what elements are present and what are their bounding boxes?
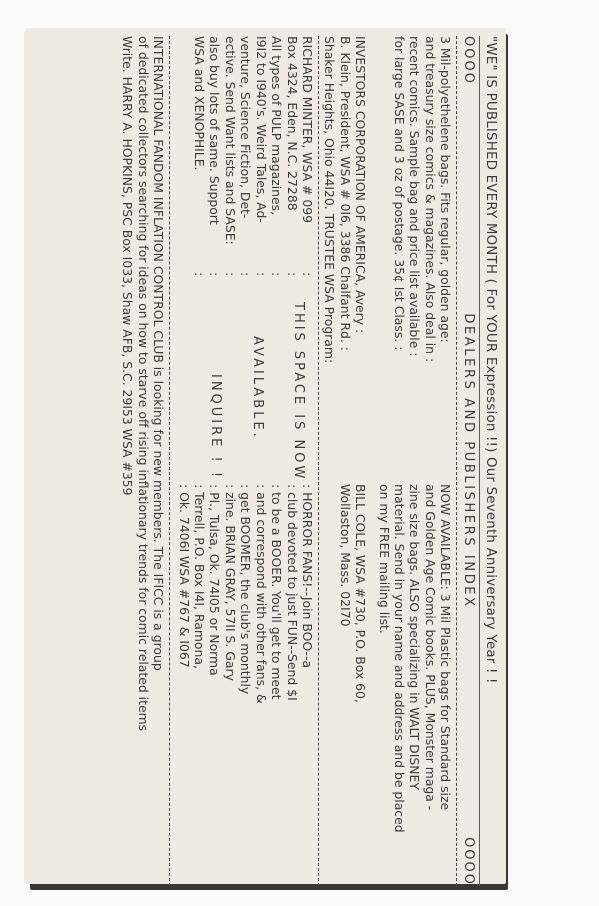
ad-line: Shaker Heights, Ohio 44I20. TRUSTEE WSA …: [322, 36, 337, 484]
ad-line: also buy lots of same. Support: [207, 36, 222, 272]
ad-line: INTERNATIONAL FANDOM INFLATION CONTROL C…: [151, 36, 166, 886]
ad-line: Write. HARRY A. HOPKINS, PSC Box I033, S…: [120, 36, 135, 886]
horror-fans-ad: : HORROR FANS!--Join BOO--a: club devote…: [176, 484, 315, 704]
ad-line: WSA and XENOPHILE.: [192, 36, 207, 272]
classifieds-row: RICHARD MINTER, WSA # 099Box 4324, Eden,…: [176, 36, 315, 886]
ad-line: material. Send in your name and address …: [392, 484, 407, 886]
ad-line: : zine. BRIAN GRAY, 57II S. Gary: [223, 484, 238, 704]
index-title: DEALERS AND PUBLISHERS INDEX: [460, 313, 475, 608]
investors-ad: INVESTORS CORPORATION OF AMERICA, Avery …: [322, 36, 368, 484]
colon-mark: :: [238, 272, 253, 286]
ad-line: Box 4324, Eden, N.C. 27288: [284, 36, 299, 272]
index-header: OOOO DEALERS AND PUBLISHERS INDEX OOOO: [460, 36, 475, 886]
bags-ad-left: 3 Mil-polyethelene bags. Fits regular, g…: [376, 36, 453, 484]
ad-line: zine size bags. ALSO specializing in WAL…: [407, 484, 422, 886]
ad-line: Wollaston, Mass. 02I70: [337, 484, 352, 886]
divider: [318, 36, 319, 886]
ad-line: : Pl., Tulsa, Ok. 74I05 or Norma: [207, 484, 222, 704]
colon-mark: :: [253, 272, 268, 286]
ad-line: : HORROR FANS!--Join BOO--a: [300, 484, 315, 704]
colon-mark: :: [269, 272, 284, 286]
bill-cole-ad: BILL COLE, WSA #730, P.O. Box 60, Wollas…: [322, 484, 368, 886]
ad-line: : get BOOMER, the club's monthly: [238, 484, 253, 704]
index-left-marker: OOOO: [460, 36, 475, 85]
ad-line: : Ok. 7406I WSA #767 & I067: [176, 484, 191, 704]
ad-line: INVESTORS CORPORATION OF AMERICA, Avery …: [353, 36, 368, 484]
space-line-2: AVAILABLE.: [249, 286, 264, 484]
ad-line: : Terrell, P.O. Box I4I, Ramona,: [192, 484, 207, 704]
ad-line: : club devoted to just FUN--Send $I: [284, 484, 299, 704]
ad-line: and Golden Age Comic books. PLUS, Monste…: [422, 484, 437, 886]
ad-line: for large SASE and 3 oz of postage. 35¢ …: [392, 36, 407, 484]
space-available-ad: THIS SPACE IS NOW AVAILABLE. INQUIRE ! !: [176, 286, 315, 484]
bags-ads-row: 3 Mil-polyethelene bags. Fits regular, g…: [376, 36, 453, 886]
colon-mark: :: [192, 272, 207, 286]
colon-mark: :: [284, 272, 299, 286]
ad-line: 3 Mil-polyethelene bags. Fits regular, g…: [438, 36, 453, 484]
ad-line: venture, Science Fiction, Det-: [238, 36, 253, 272]
ad-line: I9I2 to I940's. Weird Tales, Ad-: [253, 36, 268, 272]
ad-line: of dedicated collectors searching for id…: [135, 36, 150, 886]
minter-ad: RICHARD MINTER, WSA # 099Box 4324, Eden,…: [176, 36, 315, 272]
ad-line: RICHARD MINTER, WSA # 099: [300, 36, 315, 272]
ad-line: on my FREE mailing list.: [376, 484, 391, 886]
colon-mark: :: [300, 272, 315, 286]
ad-line: recent comics. Sample bag and price list…: [407, 36, 422, 484]
bags-ad-right: NOW AVAILABLE: 3 Mil Plastic bags for St…: [376, 484, 453, 886]
ad-line: BILL COLE, WSA #730, P.O. Box 60,: [353, 484, 368, 886]
ad-line: : to be a BOOER. You'll get to meet: [269, 484, 284, 704]
ad-line: ective. Send Want lists and SASE:: [223, 36, 238, 272]
index-right-marker: OOOO: [460, 837, 475, 886]
divider: [456, 36, 457, 886]
colon-mark: :: [207, 272, 222, 286]
ad-line: All types of PULP magazines,: [269, 36, 284, 272]
divider: [169, 36, 170, 886]
space-line-3: INQUIRE ! !: [208, 286, 223, 484]
colon-mark: :: [223, 272, 238, 286]
divider: [479, 36, 480, 886]
ificc-ad: INTERNATIONAL FANDOM INFLATION CONTROL C…: [120, 36, 166, 886]
masthead: "WE" IS PUBLISHED EVERY MONTH ( For YOUR…: [483, 36, 498, 886]
ad-line: and treasury size comics & magazines. Al…: [422, 36, 437, 484]
investors-row: INVESTORS CORPORATION OF AMERICA, Avery …: [322, 36, 368, 886]
rotated-content: "WE" IS PUBLISHED EVERY MONTH ( For YOUR…: [30, 36, 500, 886]
ad-line: B. Klein, President, WSA # 0I6, 3386 Cha…: [337, 36, 352, 484]
ad-line: NOW AVAILABLE: 3 Mil Plastic bags for St…: [438, 484, 453, 886]
ad-line: : and correspond with other fans, &: [253, 484, 268, 704]
space-line-1: THIS SPACE IS NOW: [291, 286, 306, 484]
colon-separator: ::::::::: [176, 272, 315, 286]
